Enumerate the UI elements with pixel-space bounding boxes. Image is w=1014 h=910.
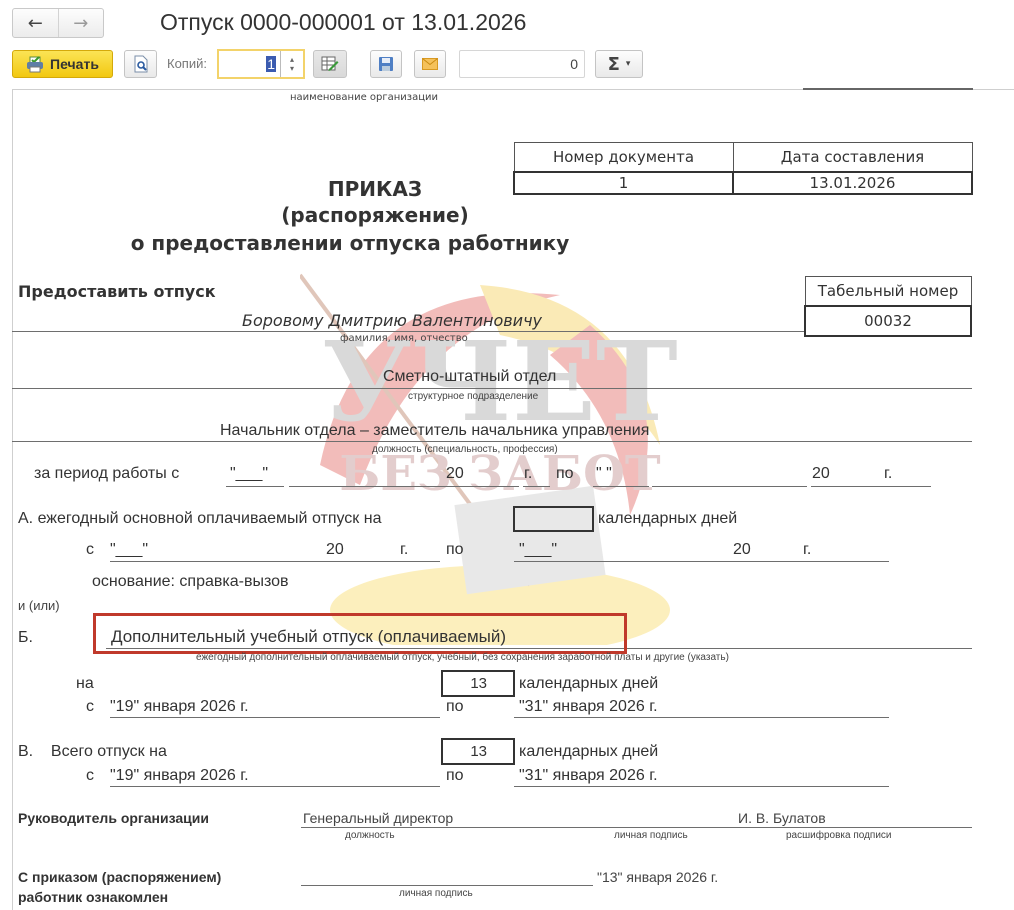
chevron-down-icon: ▾	[626, 59, 631, 69]
underline	[811, 486, 931, 487]
underline	[593, 486, 649, 487]
sum-button[interactable]: Σ ▾	[595, 50, 643, 78]
save-icon	[378, 56, 394, 72]
print-button[interactable]: Печать	[12, 50, 113, 78]
work-period-from-g: г.	[524, 465, 532, 483]
section-v-days-label: календарных дней	[519, 743, 658, 761]
copies-label: Копий:	[167, 56, 207, 71]
copies-input[interactable]: 1 ▴▾	[217, 49, 305, 79]
and-or-label: и (или)	[18, 598, 60, 613]
underline	[514, 561, 889, 562]
position-caption: должность (специальность, профессия)	[372, 444, 558, 455]
printer-icon	[26, 56, 44, 73]
sigma-icon: Σ	[608, 54, 620, 75]
section-a-to-year: 20	[733, 541, 751, 559]
underline	[289, 486, 519, 487]
underline	[652, 486, 807, 487]
personnel-number-value: 00032	[805, 306, 971, 336]
highlight-box	[93, 613, 627, 654]
back-button[interactable]: ←	[13, 9, 58, 37]
head-decoding-caption: расшифровка подписи	[786, 830, 892, 841]
organization-line	[803, 88, 973, 90]
acknowledgement-label-line1: С приказом (распоряжением)	[18, 869, 221, 885]
preview-button[interactable]	[124, 50, 157, 78]
head-signature-caption: личная подпись	[614, 830, 688, 841]
order-title: ПРИКАЗ	[0, 177, 745, 201]
section-a-to-day: "___"	[519, 541, 557, 559]
forward-button[interactable]: →	[58, 9, 104, 37]
section-v-days-box: 13	[441, 738, 515, 765]
section-b-days-label: календарных дней	[519, 675, 658, 693]
section-a-label: А. ежегодный основной оплачиваемый отпус…	[18, 510, 381, 528]
doc-number-header: Номер документа	[514, 143, 733, 173]
edit-table-button[interactable]	[313, 50, 347, 78]
underline	[110, 717, 440, 718]
underline	[514, 786, 889, 787]
work-period-from-year: 20	[446, 465, 464, 483]
order-subject: о предоставлении отпуска работнику	[0, 231, 720, 255]
section-a-basis: основание: справка-вызов	[92, 573, 289, 591]
section-v-po: по	[446, 767, 464, 785]
head-of-organization-label: Руководитель организации	[18, 810, 209, 826]
personnel-number-header: Табельный номер	[805, 277, 971, 307]
order-subtitle: (распоряжение)	[0, 203, 745, 227]
section-a-from-year: 20	[326, 541, 344, 559]
doc-date-value: 13.01.2026	[733, 172, 972, 194]
head-position-caption: должность	[345, 830, 395, 841]
department-caption: структурное подразделение	[408, 391, 538, 402]
section-b-from-date: "19" января 2026 г.	[110, 698, 249, 716]
edit-table-icon	[321, 56, 339, 72]
section-b-days-box: 13	[441, 670, 515, 697]
acknowledgement-label-line2: работник ознакомлен	[18, 889, 168, 905]
arrow-right-icon: →	[73, 13, 88, 34]
head-signature-line	[301, 827, 972, 828]
section-b-to-date: "31" января 2026 г.	[519, 698, 658, 716]
navigation-buttons: ← →	[12, 8, 104, 38]
position-line	[12, 441, 972, 442]
section-b-s: с	[86, 698, 94, 716]
section-b-letter: Б.	[18, 629, 33, 647]
underline	[226, 486, 284, 487]
section-b-type-caption: ежегодный дополнительный оплачиваемый от…	[196, 652, 729, 663]
mail-icon	[422, 58, 438, 70]
underline	[110, 561, 440, 562]
employee-name-caption: фамилия, имя, отчество	[340, 333, 468, 344]
grant-leave-label: Предоставить отпуск	[18, 282, 216, 301]
section-v-s: с	[86, 767, 94, 785]
arrow-left-icon: ←	[28, 13, 43, 34]
section-a-from-g: г.	[400, 541, 408, 559]
organization-caption: наименование организации	[290, 92, 438, 103]
section-a-po: по	[446, 541, 464, 559]
employee-signature-line	[301, 885, 593, 886]
underline	[514, 717, 889, 718]
work-period-to-year: 20	[812, 465, 830, 483]
section-a-days-label: календарных дней	[598, 510, 737, 528]
section-b-po: по	[446, 698, 464, 716]
sum-value-field[interactable]: 0	[459, 50, 585, 78]
section-v-to-date: "31" января 2026 г.	[519, 767, 658, 785]
save-button[interactable]	[370, 50, 402, 78]
window-title: Отпуск 0000-000001 от 13.01.2026	[160, 9, 526, 36]
work-period-from-day: "___"	[230, 465, 268, 483]
underline	[110, 786, 440, 787]
personnel-number-table: Табельный номер 00032	[804, 276, 972, 337]
section-a-from-day: "___"	[110, 541, 148, 559]
employee-name-line	[12, 331, 804, 332]
head-position: Генеральный директор	[303, 810, 453, 826]
section-a-to-g: г.	[803, 541, 811, 559]
work-period-to-day: " "	[596, 465, 612, 483]
doc-date-header: Дата составления	[733, 143, 972, 173]
employee-signature-caption: личная подпись	[399, 888, 473, 899]
work-period-po: по	[556, 465, 574, 483]
acknowledgement-date: "13" января 2026 г.	[597, 869, 718, 885]
section-v-from-date: "19" января 2026 г.	[110, 767, 249, 785]
send-mail-button[interactable]	[414, 50, 446, 78]
section-b-na: на	[76, 675, 94, 693]
work-period-to-g: г.	[884, 465, 892, 483]
underline	[523, 486, 550, 487]
section-a-days-box	[513, 506, 594, 532]
copies-value: 1	[266, 56, 276, 72]
head-name: И. В. Булатов	[738, 810, 826, 826]
copies-stepper[interactable]: ▴▾	[280, 51, 303, 77]
section-a-s: с	[86, 541, 94, 559]
department-line	[12, 388, 972, 389]
section-v-label: В. Всего отпуск на	[18, 743, 167, 761]
preview-icon	[133, 55, 149, 73]
position-value: Начальник отдела – заместитель начальник…	[220, 422, 649, 440]
department-value: Сметно-штатный отдел	[383, 368, 556, 386]
print-button-label: Печать	[50, 56, 99, 72]
employee-name: Боровому Дмитрию Валентиновичу	[242, 311, 542, 330]
work-period-label: за период работы с	[34, 465, 179, 483]
